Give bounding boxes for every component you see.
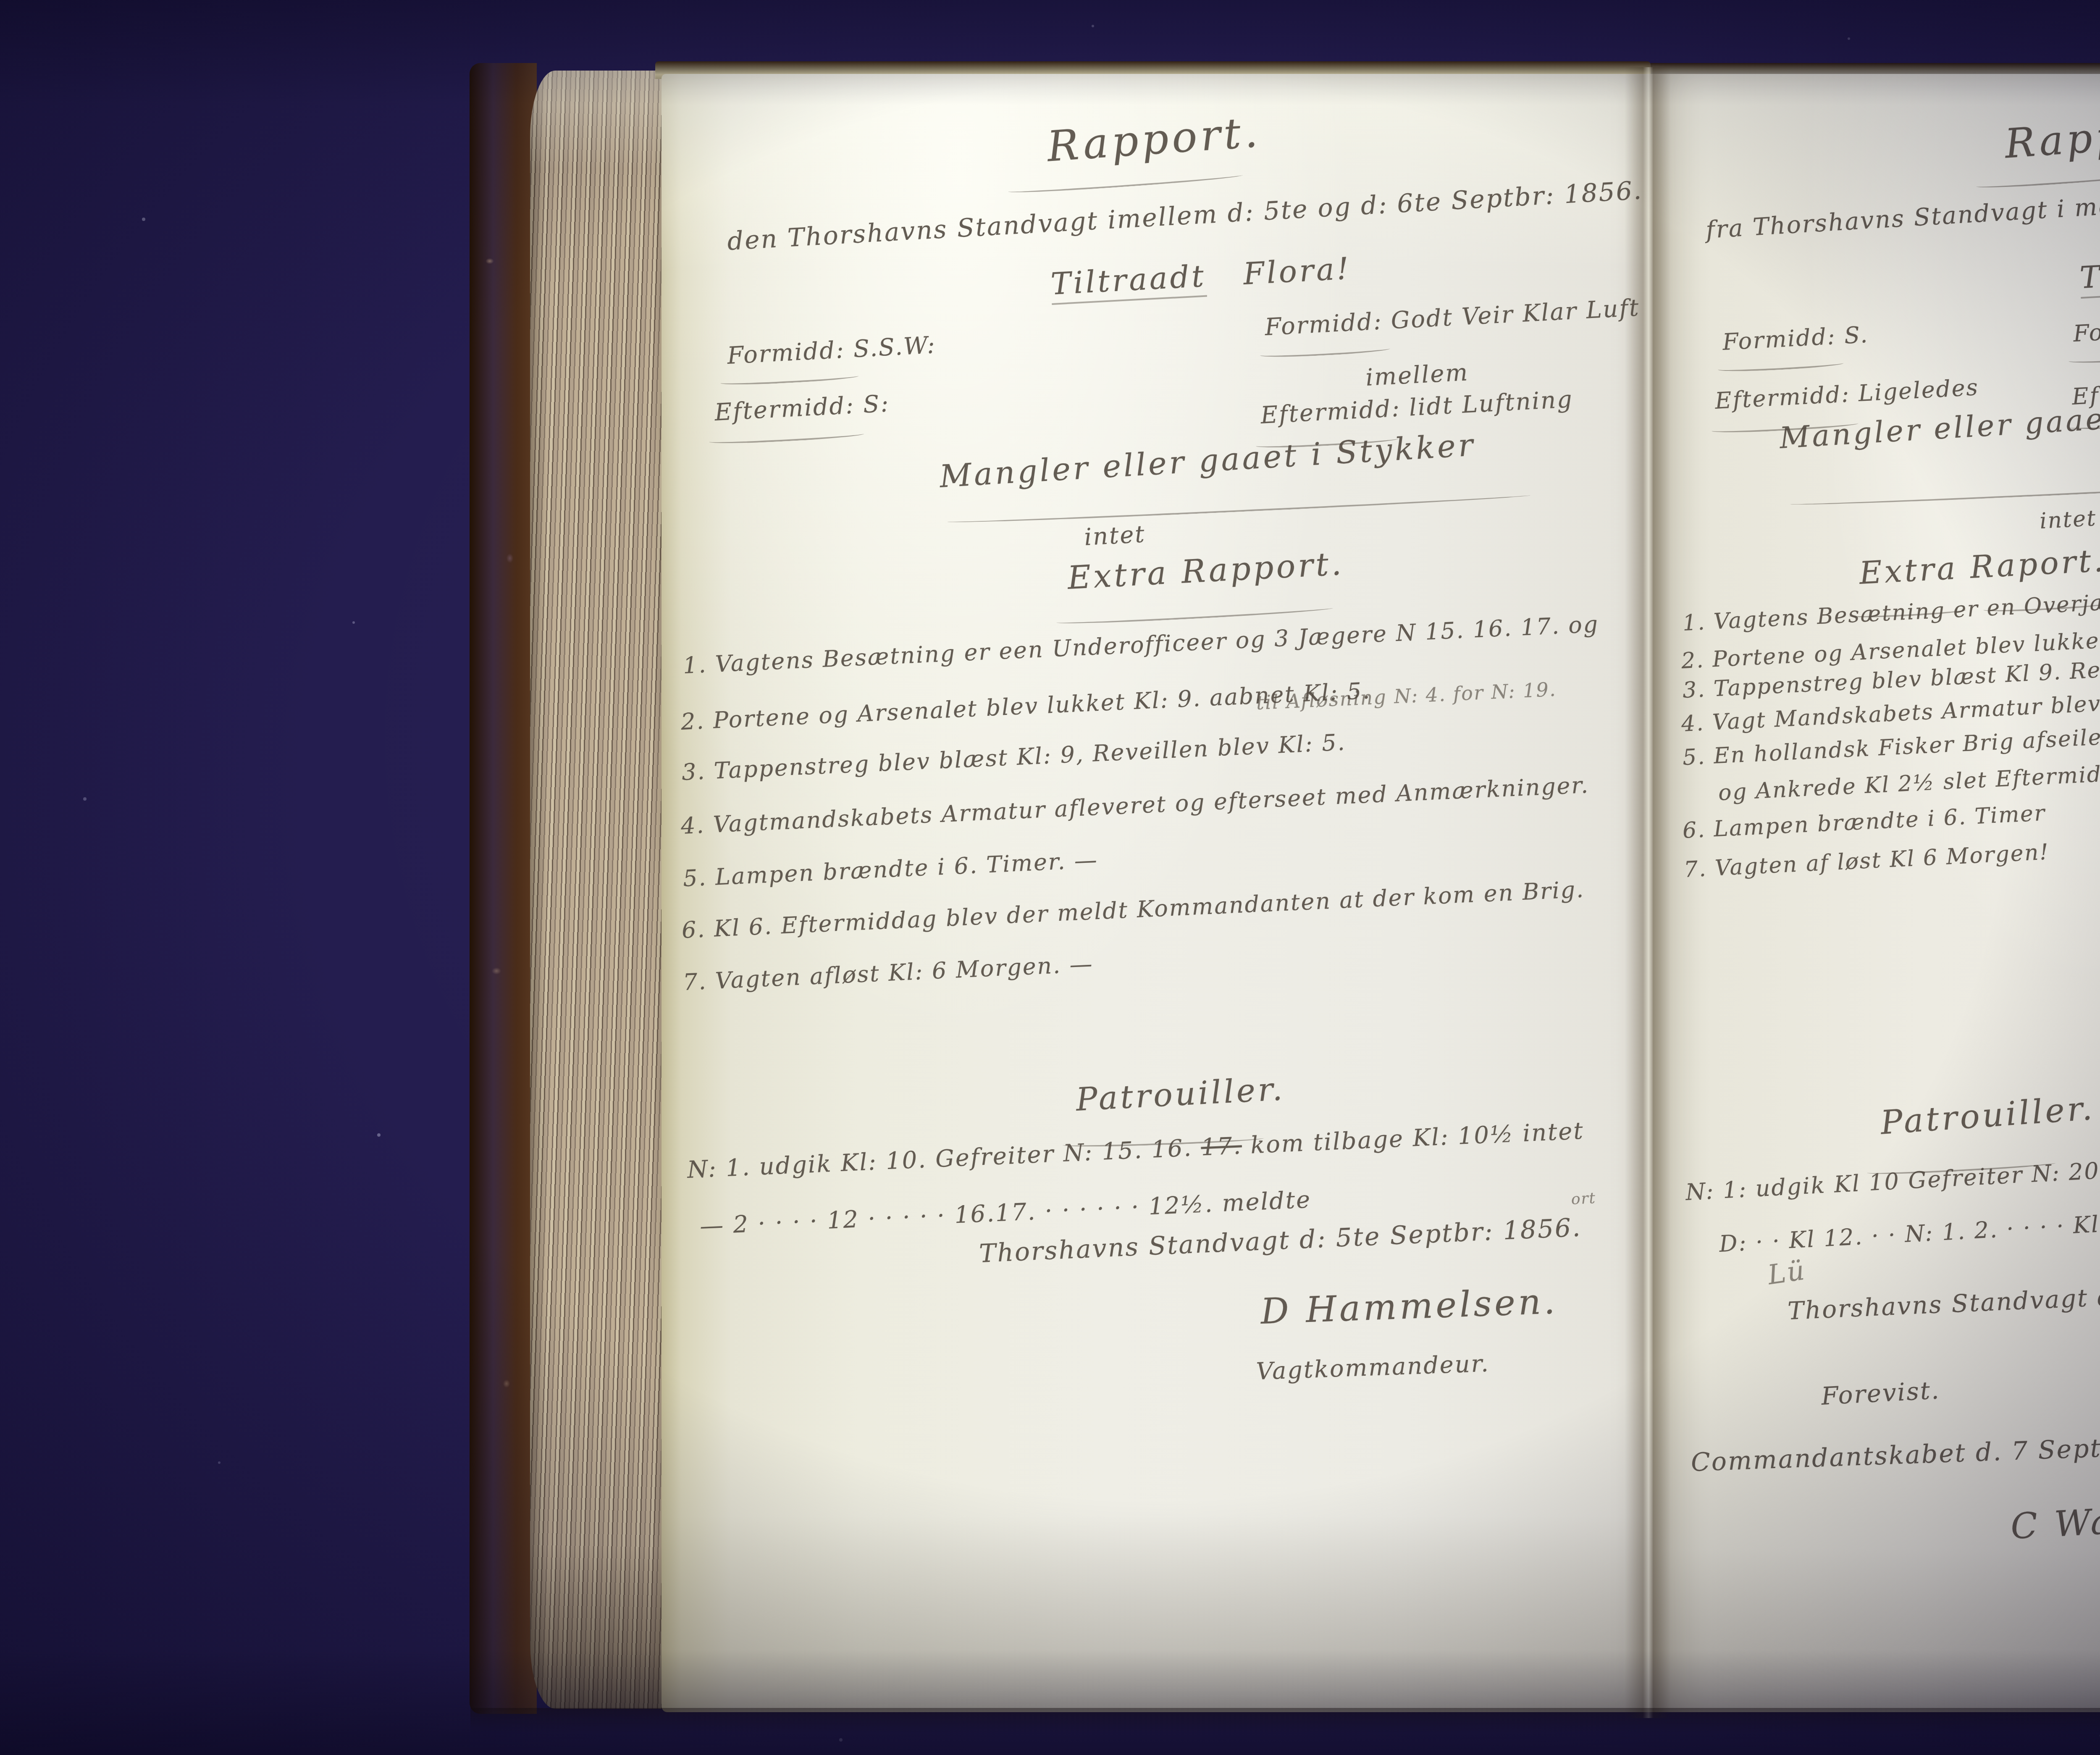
left-salute-word: Tiltraadt bbox=[1050, 258, 1207, 305]
page-stack-fore-edge bbox=[530, 71, 669, 1709]
right-margin-mark: Lü bbox=[1766, 1257, 1807, 1289]
right-damage-value: intet bbox=[2039, 507, 2097, 532]
logbook-photograph: Rapport. den Thorshavns Standvagt imelle… bbox=[0, 0, 2100, 1755]
left-salute-name: Flora! bbox=[1242, 251, 1352, 292]
book-bottom-shadow bbox=[470, 1708, 2100, 1733]
left-patrol-line-1-struck: 17. bbox=[1200, 1132, 1242, 1161]
left-signature: D Hammelsen. bbox=[1260, 1283, 1558, 1329]
left-cover-leather-edge bbox=[470, 63, 537, 1714]
left-weather2-between: imellem bbox=[1365, 361, 1469, 390]
right-forevist: Forevist. bbox=[1821, 1378, 1941, 1408]
left-patrol-note: ort bbox=[1571, 1191, 1596, 1207]
dust-specks bbox=[0, 0, 2, 2]
left-damage-value: intet bbox=[1084, 523, 1146, 549]
